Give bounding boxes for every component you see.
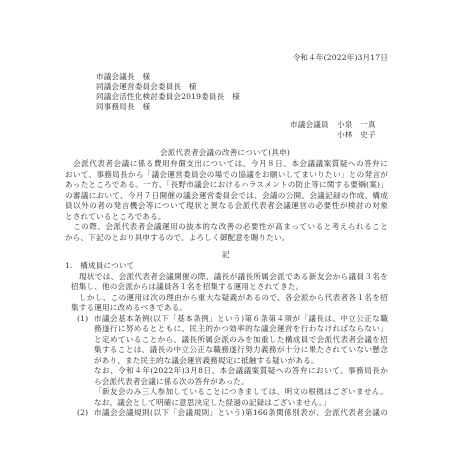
quote-line: なお、議会として明確に意思決定した経過の記録はございません。」 <box>94 398 388 407</box>
addressee: 市議会議長 様 <box>96 72 150 81</box>
addressee: 同事務局長 様 <box>96 102 150 111</box>
item-label: (2) <box>77 408 88 417</box>
sender-name: 小泉 一真 <box>337 120 376 129</box>
body-line: おいて、事務局長から「議会運営委員会の場での協議をお願いしてまいりたい」との発言… <box>65 170 388 179</box>
body-line: 集することは、議長の中立公正な職務遂行努力義務が十分に果たされていない懸念 <box>94 345 388 354</box>
body-line: 招集し、他の会派からは議員各１名を招集する運用とされてきた。 <box>71 282 388 291</box>
section-heading: 1. 構成員について <box>65 261 134 270</box>
body-line: ら会派代表者会議に係る次の答弁があった。 <box>94 377 388 386</box>
quote-line: 「新友会のみ三人参加していることにつきましては、明文の根拠はございません。 <box>94 387 388 396</box>
body-line: あったところである。一方、「長野市議会におけるハラスメントの防止等に関する要綱(… <box>65 180 388 189</box>
addressee: 同議会活性化検討委員会2019委員長 様 <box>96 92 240 101</box>
body-line: しかし、この運用は次の理由から重大な疑義があるので、各会派から代表者各１名を招 <box>71 293 388 302</box>
body-line: この際、会派代表者会議運用の抜本的な改善の必要性が高まっていると考えられること <box>65 222 388 231</box>
body-line: 会派代表者会議に係る費用弁償支出については、今月８日、本会議議案質疑への答弁に <box>65 159 388 168</box>
body-line: の審議において、今月７日開催の議会運営委員会では、会議の公開、会議記録の作成、構… <box>65 191 388 200</box>
body-line: 務遂行に努めるとともに、民主的かつ効率的な議会運営を行わなければならない」 <box>94 324 388 333</box>
body-line: 集する運用に改めるべきである。 <box>71 303 388 312</box>
body-line: から、下記のとおり具申するので、よろしく御配意を賜りたい。 <box>65 233 388 242</box>
sender-title: 市議会議員 <box>290 120 329 129</box>
body-line: 市議会基本条例(以下「基本条例」という)第６条第４項が「議長は、中立公正な職 <box>94 314 388 323</box>
ki-heading: 記 <box>222 250 230 259</box>
body-line: 現状では、会派代表者会議開催の際、議長が議長所属会派である新友会から議員３名を <box>71 272 388 281</box>
body-line: があり、また民主的な議会運営義務規定に抵触する疑いがある。 <box>94 356 388 365</box>
sender-name: 小林 史子 <box>337 130 376 139</box>
document-title: 会派代表者会議の改善について(具申) <box>160 148 290 157</box>
body-line: 市議会会議規則(以下「会議規則」という)第166条関係別表が、会派代表者会議の <box>94 408 388 417</box>
item-label: (1) <box>77 314 88 323</box>
body-line: とされているところである。 <box>65 212 388 221</box>
document-date: 令和４年(2022年)3月17日 <box>293 53 388 62</box>
body-line: なお、令和４年(2022年)3月8日、本会議議案質疑への答弁において、事務局長か <box>94 366 388 375</box>
body-line: 員以外の者の発言機会等について現状と異なる会派代表者会議運営の必要性が検討の対象 <box>65 201 388 210</box>
addressee: 同議会運営委員会委員長 様 <box>96 82 197 91</box>
body-line: と定めていることから、議長所属会派のみを加重した構成員で会派代表者会議を招 <box>94 335 388 344</box>
